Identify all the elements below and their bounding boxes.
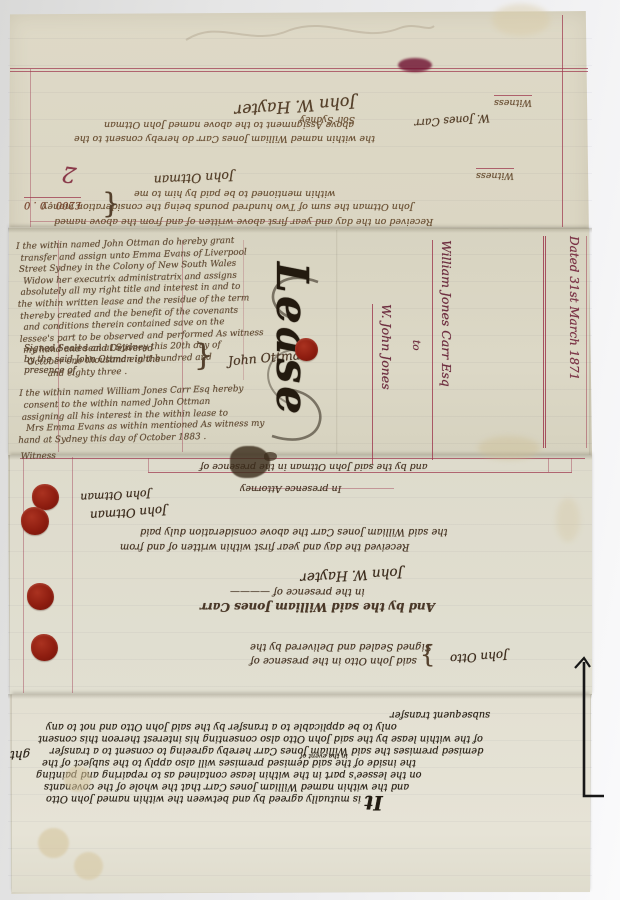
initial-word: It: [364, 791, 383, 815]
brace-glyph: }: [194, 338, 213, 373]
margin-overflow-word: ght: [10, 748, 30, 762]
handwriting-line: in the presence of ————: [230, 586, 365, 597]
lease-title-block: Lease: [252, 258, 336, 456]
witness-label: Witness: [476, 168, 514, 181]
signature: John Ottman: [154, 169, 235, 188]
margin-numeral: 2: [60, 160, 77, 187]
handwriting-line: and by the said John Ottman in the prese…: [200, 461, 427, 472]
docket-date: Dated 31st March 1871: [543, 236, 587, 448]
attestation-line: presence of: [24, 366, 76, 376]
signature-title: Solr Sydney: [300, 114, 355, 124]
docket-party-to: W. John Jones: [372, 304, 394, 464]
handwriting-line: Signed Sealed and Delivered by the: [250, 641, 432, 652]
execution-panel: Signed Sealed and Delivered by the said …: [16, 458, 582, 690]
docket-to-word: to: [410, 340, 422, 351]
handwriting-line: the said William Jones Carr the above co…: [140, 526, 447, 537]
handwriting-line: within mentioned to be paid by him to me: [134, 188, 335, 199]
wax-seal: [21, 507, 49, 535]
wax-seal: [27, 583, 54, 610]
handwriting-line: In presence Attorney: [240, 483, 341, 494]
signature: John Ottman: [80, 487, 151, 504]
docket-party-from: William Jones Carr Esq: [432, 240, 454, 460]
signature: John Otto: [450, 648, 509, 666]
bleedthrough-scrawl: [180, 14, 440, 50]
top-endorsement-panel: Received on the day and year first above…: [14, 76, 574, 228]
witness-label: Witness: [494, 95, 532, 108]
insertion-note: in the event of: [300, 750, 348, 762]
brace-glyph: }: [420, 642, 435, 670]
red-rule: [10, 68, 588, 69]
red-rule: [10, 71, 588, 72]
handwriting-line: demised premises the said William Jones …: [50, 745, 483, 756]
agreement-panel: It is mutually agreed by and between the…: [16, 697, 588, 809]
brace-glyph: {: [102, 189, 120, 222]
wax-seal: [295, 338, 318, 361]
attestation-line: Signed Sealed and Delivered: [24, 344, 153, 354]
handwriting-line: Received the day and year first within w…: [120, 541, 409, 552]
handwriting-line: on the lessee's part in the within lease…: [36, 768, 588, 780]
handwriting-line: said John Otto in the presence of: [250, 655, 417, 666]
handwriting-line: subsequent transfer: [390, 708, 588, 720]
handwriting-line: John Ottman the sum of Two hundred pound…: [42, 201, 414, 212]
handwriting-line: the within named William Jones Carr do h…: [74, 133, 375, 144]
attestation-line: by the said John Ottman in the: [24, 355, 161, 365]
ink-bracket-mark: [570, 654, 606, 806]
handwriting-line: is mutually agreed by and between the wi…: [46, 793, 361, 804]
handwriting-line: of the within lease by the said John Ott…: [38, 732, 588, 744]
signature: John W. Hayter: [300, 564, 403, 585]
signature: John Ottman: [90, 503, 168, 522]
consideration-amount: £200 . 0 . 0: [24, 197, 81, 210]
photograph-background: Received on the day and year first above…: [0, 0, 620, 900]
signature: W. Jones Carr: [414, 111, 490, 129]
handwriting-line: and the within named William Jones Carr …: [44, 780, 588, 792]
wax-seal: [31, 634, 58, 661]
handwriting-line: And by the said William Jones Carr: [200, 600, 435, 614]
handwriting-line: only to be applicable to a transfer by t…: [46, 720, 588, 732]
